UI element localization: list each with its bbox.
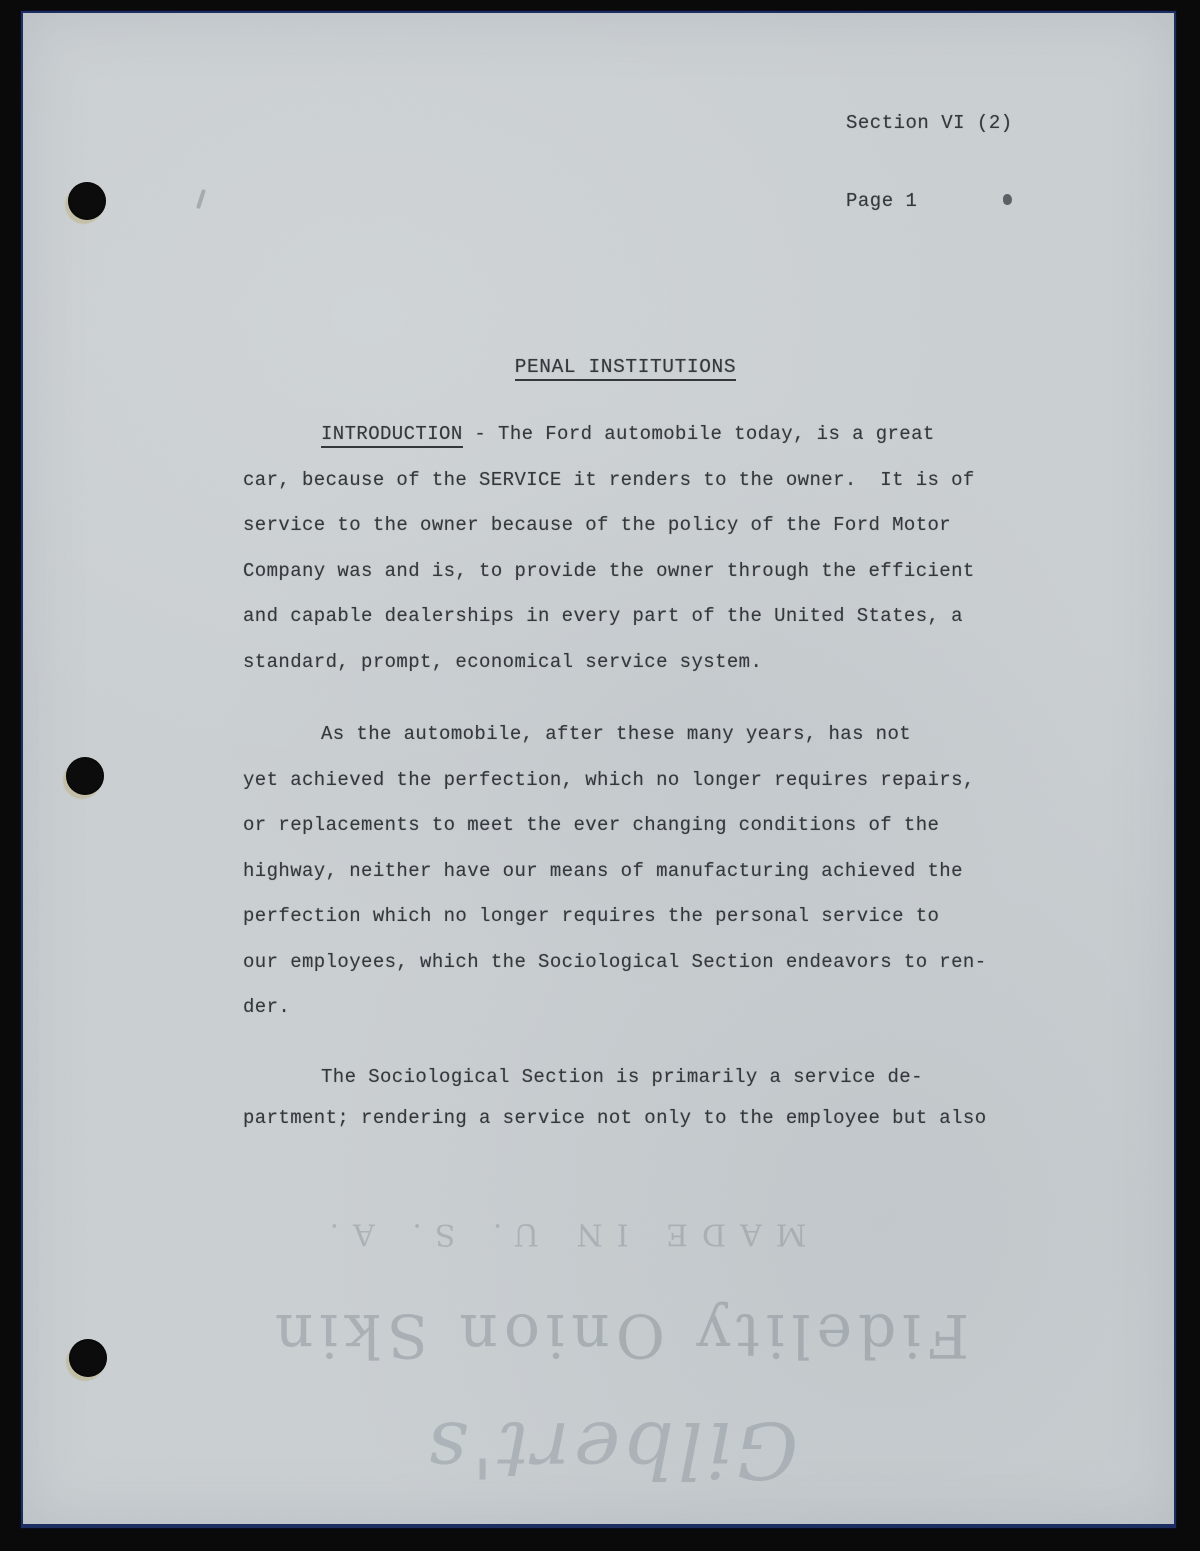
paragraph-line: partment; rendering a service not only t… bbox=[243, 1098, 988, 1139]
paragraph-line: and capable dealerships in every part of… bbox=[243, 594, 988, 640]
paragraph-line: der. bbox=[243, 985, 988, 1031]
paragraph-line: car, because of the SERVICE it renders t… bbox=[243, 458, 988, 504]
scanned-document-screenshot: { "header": { "section_label": "Section … bbox=[0, 0, 1200, 1551]
paragraph-line: Company was and is, to provide the owner… bbox=[243, 549, 988, 595]
paragraph-line: yet achieved the perfection, which no lo… bbox=[243, 758, 988, 804]
document-title-text: PENAL INSTITUTIONS bbox=[515, 356, 736, 381]
paragraph-line: service to the owner because of the poli… bbox=[243, 503, 988, 549]
paragraph-line: perfection which no longer requires the … bbox=[243, 894, 988, 940]
paragraph-line: our employees, which the Sociological Se… bbox=[243, 940, 988, 986]
page-number-label: Page 1 bbox=[846, 188, 1013, 214]
paragraph-line: or replacements to meet the ever changin… bbox=[243, 803, 988, 849]
paragraph-introduction: INTRODUCTION - The Ford automobile today… bbox=[243, 412, 988, 685]
watermark-gilberts-script: Gilbert's bbox=[424, 1404, 798, 1494]
page-header: Section VI (2) Page 1 bbox=[846, 58, 1013, 266]
paragraph-line: The Sociological Section is primarily a … bbox=[243, 1057, 988, 1098]
punch-hole-middle bbox=[66, 757, 104, 795]
document-title: PENAL INSTITUTIONS bbox=[13, 334, 1164, 400]
section-label: Section VI (2) bbox=[846, 110, 1013, 136]
paragraph-line: standard, prompt, economical service sys… bbox=[243, 640, 988, 686]
scan-area: Section VI (2) Page 1 PENAL INSTITUTIONS… bbox=[0, 0, 1200, 1551]
paragraph-line: highway, neither have our means of manuf… bbox=[243, 849, 988, 895]
watermark-made-in-usa: MADE IN U. S. A. bbox=[316, 1217, 807, 1252]
paragraph-line: As the automobile, after these many year… bbox=[243, 712, 988, 758]
paper-smudge bbox=[196, 189, 206, 209]
lead-rest: - The Ford automobile today, is a great bbox=[463, 423, 935, 445]
paragraph-automobile: As the automobile, after these many year… bbox=[243, 712, 988, 1031]
watermark-fidelity-onion-skin: Fidelity Onion Skin bbox=[269, 1300, 969, 1370]
underlined-lead: INTRODUCTION bbox=[321, 423, 463, 448]
paragraph-sociological-section: The Sociological Section is primarily a … bbox=[243, 1057, 988, 1139]
punch-hole-top bbox=[68, 182, 106, 220]
punch-hole-bottom bbox=[69, 1339, 107, 1377]
document-page: Section VI (2) Page 1 PENAL INSTITUTIONS… bbox=[21, 11, 1176, 1528]
paragraph-line: INTRODUCTION - The Ford automobile today… bbox=[243, 412, 988, 458]
